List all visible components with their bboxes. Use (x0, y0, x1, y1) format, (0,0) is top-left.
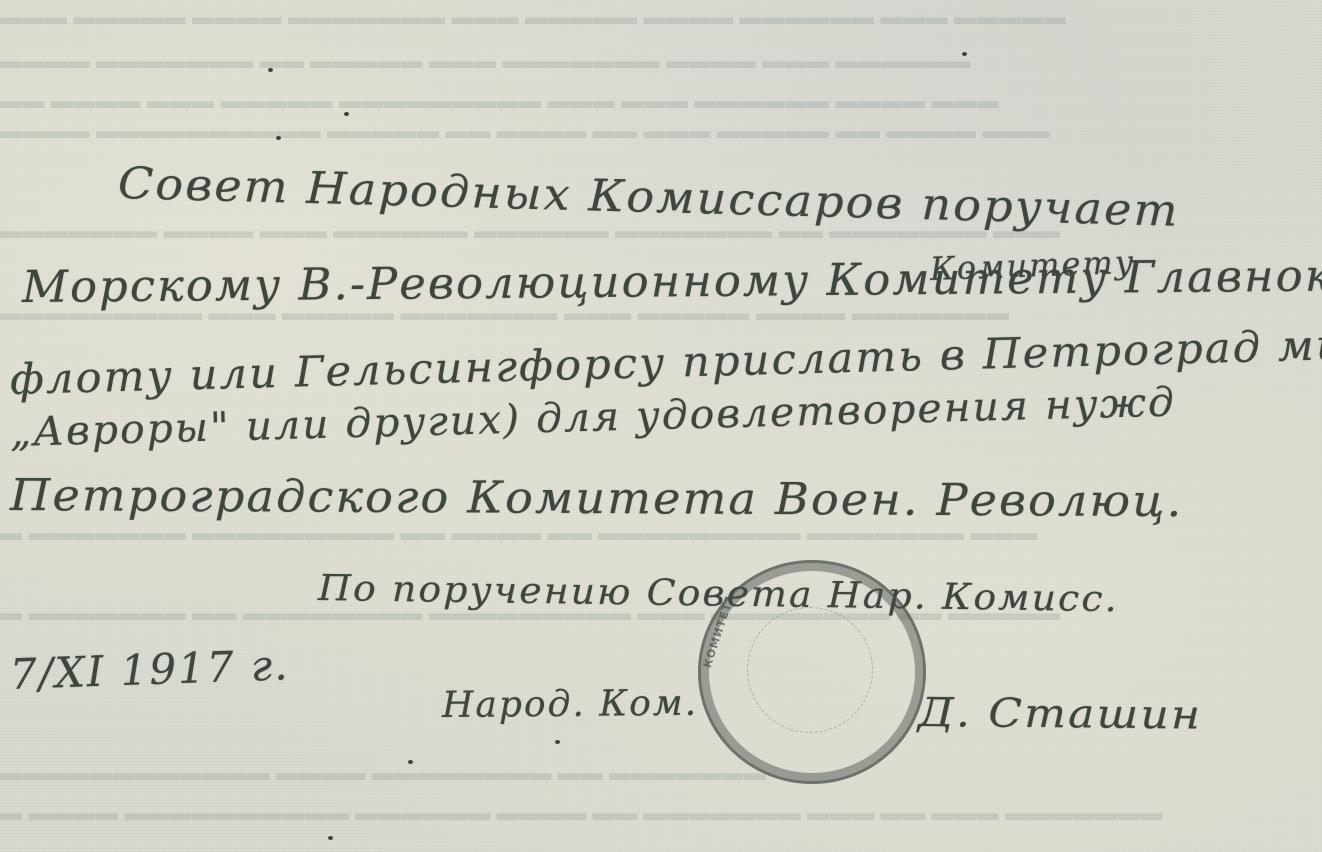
signature-title: Народ. Ком. (442, 683, 698, 726)
show-through-text: ▬▬▬▬▬▬▬▬▬▬▬▬ ▬▬▬▬ ▬▬▬▬▬▬▬▬ ▬▬ ▬▬▬▬▬▬▬ (0, 760, 1322, 786)
show-through-text: ▬ ▬▬▬▬ ▬▬▬▬▬▬▬▬▬▬ ▬▬▬▬▬▬ ▬▬▬▬ ▬▬ ▬▬▬▬▬▬▬… (0, 800, 1322, 826)
show-through-text: ▬▬▬ ▬▬▬▬▬ ▬▬▬▬ ▬▬▬▬▬▬▬ ▬▬▬ ▬▬▬▬▬ ▬▬▬▬ ▬▬… (0, 4, 1322, 30)
body-line-1: Совет Народных Комиссаров поручает (117, 158, 1180, 237)
official-stamp: КОМИТЕТЪ (698, 560, 926, 784)
ink-speck (555, 740, 560, 744)
show-through-text: ▬▬▬▬ ▬▬▬▬▬▬▬▬▬▬ ▬▬▬▬▬ ▬▬ ▬▬▬▬ ▬▬ ▬▬▬ ▬▬▬… (0, 118, 1322, 144)
ink-speck (328, 836, 333, 840)
ink-speck (268, 68, 273, 72)
ink-speck (408, 760, 413, 764)
ink-speck (276, 136, 281, 140)
body-line-5: Петроградского Комитета Воен. Революц. (10, 470, 1184, 527)
show-through-text: ▬▬ ▬▬▬▬ ▬▬▬ ▬▬▬▬▬ ▬▬▬▬▬▬▬▬▬ ▬▬▬ ▬▬▬ ▬▬▬▬… (0, 88, 1322, 114)
ink-speck (344, 112, 349, 116)
paper-background: ▬▬▬ ▬▬▬▬▬ ▬▬▬▬ ▬▬▬▬▬▬▬ ▬▬▬ ▬▬▬▬▬ ▬▬▬▬ ▬▬… (0, 0, 1322, 852)
body-line-2: Морскому В.-Революционному Комитету Глав… (22, 247, 1322, 313)
stamp-inner-ring (747, 607, 873, 733)
show-through-text: ▬▬▬▬ ▬▬▬▬▬▬▬ ▬▬ ▬▬▬▬▬ ▬▬▬ ▬▬▬▬▬▬▬ ▬▬▬▬ ▬… (0, 48, 1322, 74)
signature: Д. Сташин (918, 690, 1203, 738)
ink-speck (962, 52, 967, 56)
document-date: 7/XI 1917 г. (9, 640, 290, 699)
